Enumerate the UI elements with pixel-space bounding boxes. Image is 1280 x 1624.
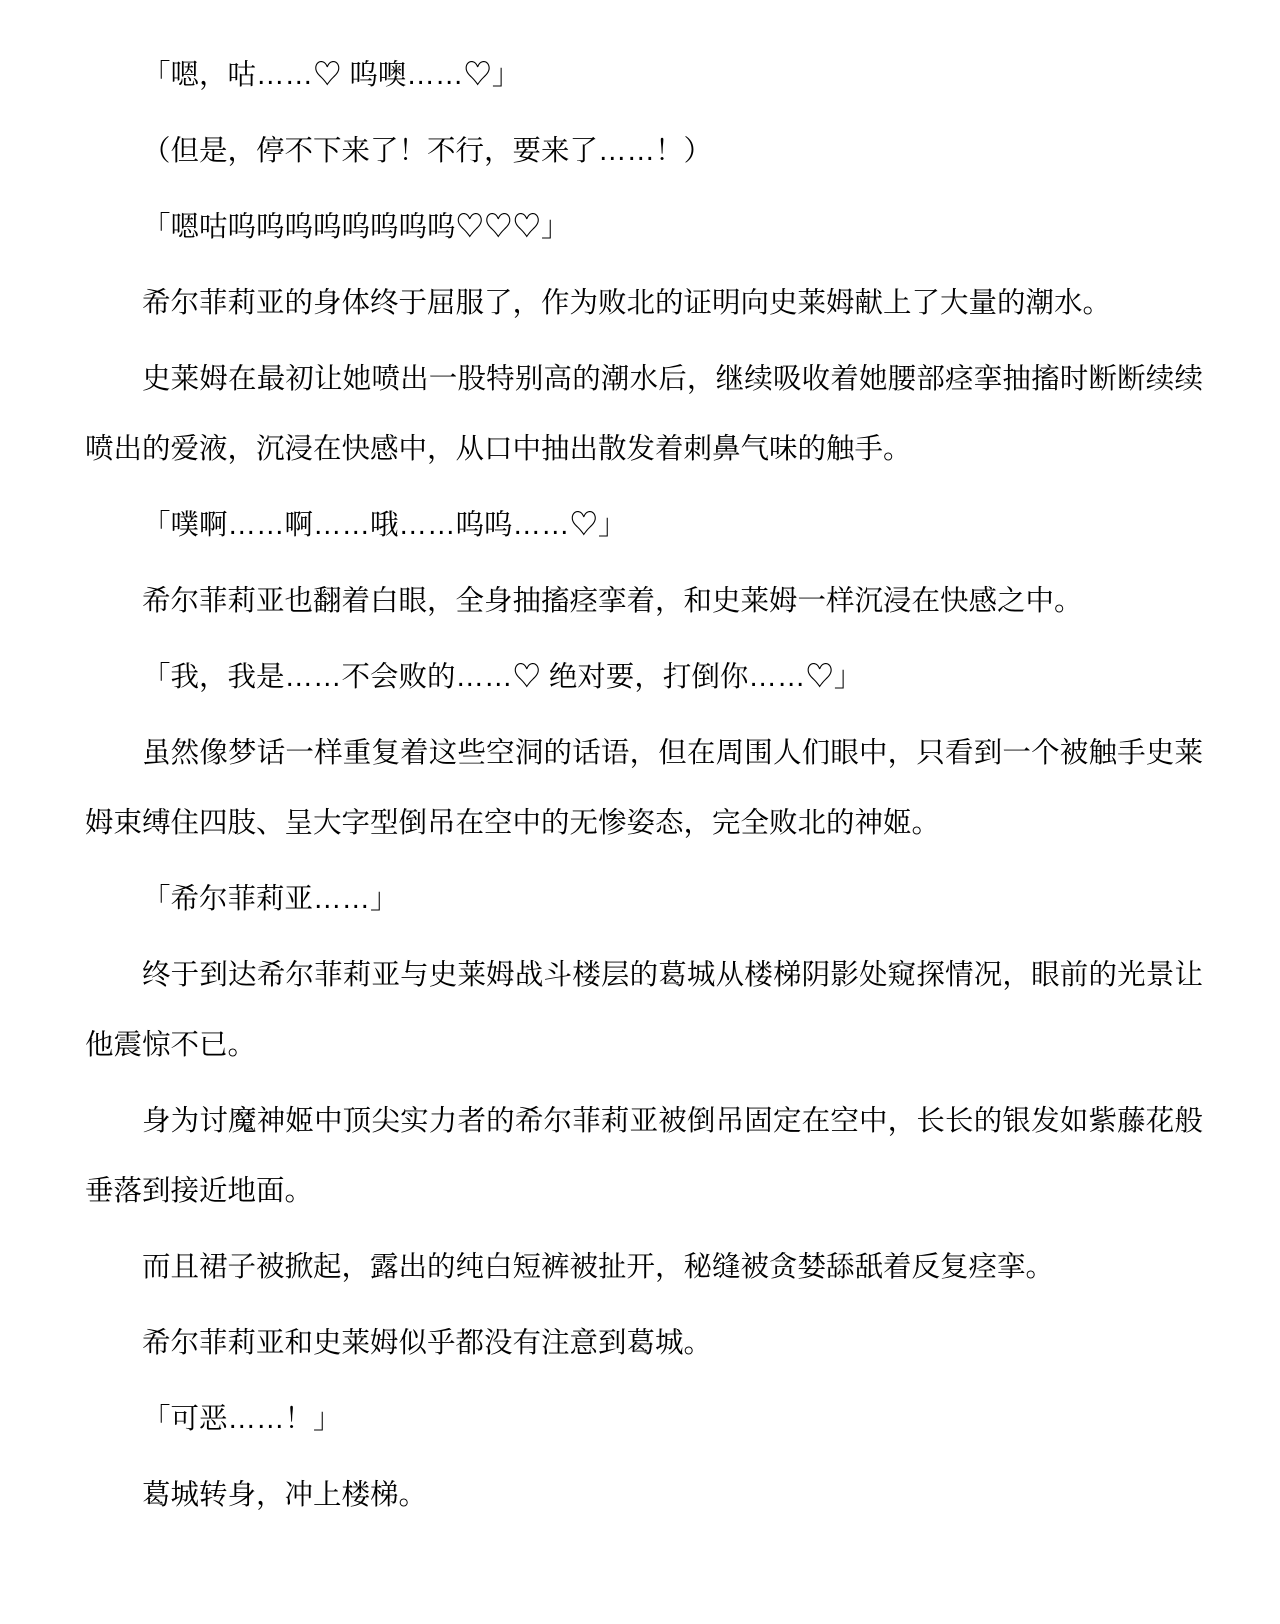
document-page: 「嗯，咕……♡ 呜噢……♡」 （但是，停不下来了！不行，要来了……！） 「嗯咕呜…: [0, 0, 1280, 1624]
paragraph-6: 「噗啊……啊……哦……呜呜……♡」: [85, 490, 1203, 560]
paragraph-9: 虽然像梦话一样重复着这些空洞的话语，但在周围人们眼中，只看到一个被触手史莱姆束缚…: [85, 718, 1203, 858]
paragraph-8: 「我，我是……不会败的……♡ 绝对要，打倒你……♡」: [85, 642, 1203, 712]
paragraph-12: 身为讨魔神姬中顶尖实力者的希尔菲莉亚被倒吊固定在空中，长长的银发如紫藤花般垂落到…: [85, 1086, 1203, 1226]
paragraph-16: 葛城转身，冲上楼梯。: [85, 1460, 1203, 1530]
paragraph-10: 「希尔菲莉亚……」: [85, 864, 1203, 934]
paragraph-15: 「可恶……！」: [85, 1384, 1203, 1454]
paragraph-3: 「嗯咕呜呜呜呜呜呜呜呜♡♡♡」: [85, 192, 1203, 262]
paragraph-7: 希尔菲莉亚也翻着白眼，全身抽搐痉挛着，和史莱姆一样沉浸在快感之中。: [85, 566, 1203, 636]
paragraph-14: 希尔菲莉亚和史莱姆似乎都没有注意到葛城。: [85, 1308, 1203, 1378]
paragraph-5: 史莱姆在最初让她喷出一股特别高的潮水后，继续吸收着她腰部痉挛抽搐时断断续续喷出的…: [85, 344, 1203, 484]
paragraph-1: 「嗯，咕……♡ 呜噢……♡」: [85, 40, 1203, 110]
paragraph-2: （但是，停不下来了！不行，要来了……！）: [85, 116, 1203, 186]
paragraph-11: 终于到达希尔菲莉亚与史莱姆战斗楼层的葛城从楼梯阴影处窥探情况，眼前的光景让他震惊…: [85, 940, 1203, 1080]
paragraph-4: 希尔菲莉亚的身体终于屈服了，作为败北的证明向史莱姆献上了大量的潮水。: [85, 268, 1203, 338]
paragraph-13: 而且裙子被掀起，露出的纯白短裤被扯开，秘缝被贪婪舔舐着反复痉挛。: [85, 1232, 1203, 1302]
